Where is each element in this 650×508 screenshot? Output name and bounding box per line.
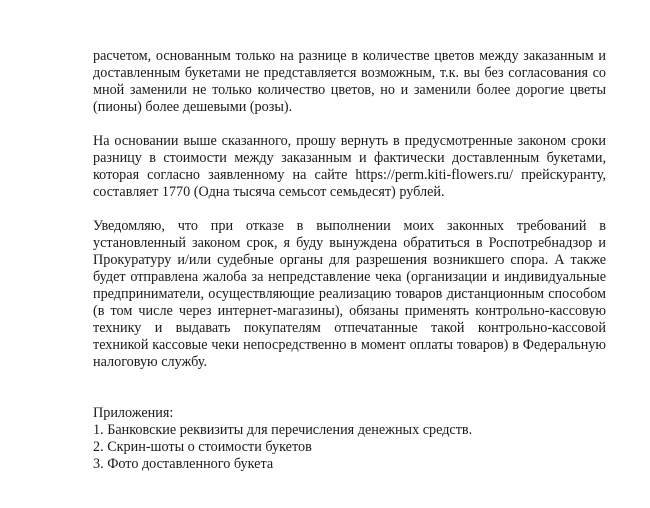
attachment-item: 3. Фото доставленного букета: [93, 456, 606, 473]
attachments-heading: Приложения:: [93, 405, 606, 422]
attachments-section: Приложения: 1. Банковские реквизиты для …: [93, 405, 606, 473]
attachment-item: 2. Скрин-шоты о стоимости букетов: [93, 439, 606, 456]
attachment-item: 1. Банковские реквизиты для перечисления…: [93, 422, 606, 439]
paragraph-refund-request: На основании выше сказанного, прошу верн…: [93, 133, 606, 201]
paragraph-notice: Уведомляю, что при отказе в выполнении м…: [93, 218, 606, 371]
paragraph-calculation: расчетом, основанным только на разнице в…: [93, 48, 606, 116]
document-page: расчетом, основанным только на разнице в…: [93, 48, 606, 473]
spacer: [93, 388, 606, 405]
